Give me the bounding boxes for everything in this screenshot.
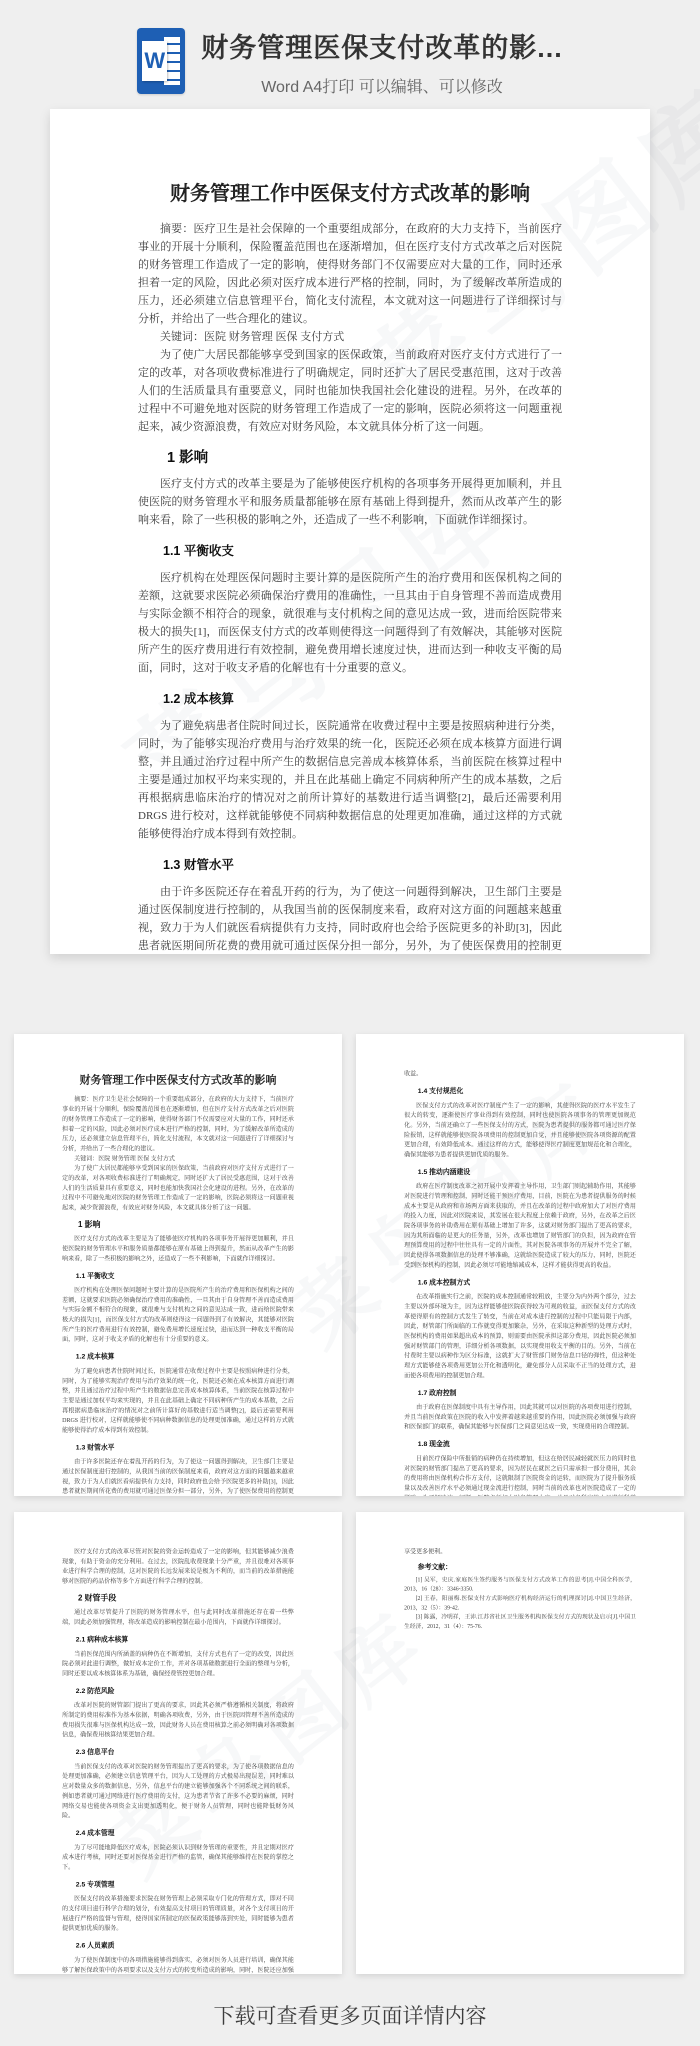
doc-block-p: 医疗支付方式的改革主要是为了能够使医疗机构的各项事务开展得更加顺利，并且使医院的… [62,1234,294,1264]
doc-block-p: 由于政府在医保制度中具有主导作用，因此其就可以对医院的各项费用进行控制，并且当前… [404,1402,636,1432]
doc-block-h2: 1.5 推动内涵建设 [404,1166,636,1176]
doc-block-h2: 2.5 专项管理 [62,1879,294,1889]
doc-block-p: 摘要：医疗卫生是社会保障的一个重要组成部分，在政府的大力支持下，当前医疗事业的开… [62,1095,294,1154]
doc-block-p: 为了避免病患者住院时间过长，医院通常在收费过程中主要是按照病种进行分类，同时，为… [138,717,562,843]
doc-header: W 财务管理医保支付改革的影... Word A4打印 可以编辑、可以修改 [0,0,700,106]
doc-block-h2: 2.3 信息平台 [62,1747,294,1757]
doc-block-p: 目前医疗保险中所报销的病种仍在持续增加，但这在给居民减轻就医压力的同时也对医院的… [404,1454,636,1496]
doc-block-title: 财务管理工作中医保支付方式改革的影响 [62,1071,294,1087]
page-canvas: W 财务管理医保支付改革的影... Word A4打印 可以编辑、可以修改 财务… [0,0,700,2030]
document-page-1-thumb: 财务管理工作中医保支付方式改革的影响摘要：医疗卫生是社会保障的一个重要组成部分，… [14,1034,342,1496]
doc-block-p: 为了使医保制度中的各项措施能够得到落实，必须对医务人员进行培训，确保其能够了解医… [62,1955,294,1974]
doc-block-h2: 1.8 现金流 [404,1439,636,1449]
doc-title: 财务管理医保支付改革的影... [201,26,563,65]
doc-block-p: 当前医保支付的改革对医院的财务管理提出了更高的要求，为了使各项数据信息的处理更加… [62,1762,294,1821]
doc-block-h2: 1.3 财管水平 [62,1442,294,1452]
doc-block-h2: 2.1 病种成本核算 [62,1634,294,1644]
doc-block-p: 医疗支付方式的改革主要是为了能够使医疗机构的各项事务开展得更加顺利，并且使医院的… [138,475,562,529]
page-thumbnail-4: 享受更多便利。参考文献：[1] 吴军，史庆.家庭医生签约服务与医保支付方式改革工… [356,1512,684,1974]
doc-block-p: 医保支付的改革措施要求医院在财务管理上必须采取专门化的管理方式，即对不同的支付项… [62,1894,294,1933]
page-thumbnail-3: 医疗支付方式的改革尽管对医院的资金运转造成了一定的影响，但其能够减少浪费现象，有… [14,1512,342,1974]
download-hint: 下载可查看更多页面详情内容 [0,2000,700,2030]
doc-block-p: 为了避免病患者住院时间过长，医院通常在收费过程中主要是按照病种进行分类，同时，为… [62,1366,294,1435]
doc-block-h2: 1.1 平衡收支 [62,1270,294,1280]
doc-block-pc: 收益。 [404,1069,636,1079]
doc-block-h2: 2.2 防范风险 [62,1685,294,1695]
doc-block-p: 通过改革尽管提升了医院的财务管理水平，但与此同时改革措施还存在着一些弊端，因此必… [62,1608,294,1628]
document-page-4-thumb: 享受更多便利。参考文献：[1] 吴军，史庆.家庭医生签约服务与医保支付方式改革工… [356,1512,684,1974]
word-icon-panel: W [142,41,167,81]
doc-block-h2: 1.2 成本核算 [62,1351,294,1361]
word-icon-letter: W [144,48,165,74]
doc-block-h1: 2 财管手段 [62,1592,294,1603]
page-preview-1: 财务管理工作中医保支付方式改革的影响摘要：医疗卫生是社会保障的一个重要组成部分，… [50,109,650,954]
doc-block-p: 摘要：医疗卫生是社会保障的一个重要组成部分，在政府的大力支持下，当前医疗事业的开… [138,220,562,328]
word-icon: W [137,28,185,94]
doc-block-refh: 参考文献： [404,1561,636,1571]
doc-block-p: 当前医保范围内所涵盖的病种仍在不断增加，支付方式也有了一定的改变，因此医院必须对… [62,1649,294,1679]
doc-block-p: 由于许多医院还存在着乱开药的行为，为了使这一问题得到解决，卫生部门主要是通过医保… [138,883,562,954]
doc-block-h2: 1.4 支付规范化 [404,1085,636,1095]
doc-block-pc: 享受更多便利。 [404,1547,636,1557]
doc-block-p: 为了使广大居民都能够享受到国家的医保政策，当前政府对医疗支付方式进行了一定的改革… [62,1164,294,1213]
doc-block-p: 医保支付方式的改革对医疗制度产生了一定的影响，其使得医院的医疗水平发生了很大的转… [404,1101,636,1160]
doc-block-p: 由于许多医院还存在着乱开药的行为，为了使这一问题得到解决，卫生部门主要是通过医保… [62,1457,294,1496]
doc-block-h2: 1.6 成本控制方式 [404,1277,636,1287]
document-page-3-thumb: 医疗支付方式的改革尽管对医院的资金运转造成了一定的影响，但其能够减少浪费现象，有… [14,1512,342,1974]
doc-block-p: 改革对医院的财管部门提出了更高的要求，因此其必须严格遵循相关制度，将政府所制定的… [62,1701,294,1740]
doc-block-ref: [1] 吴军，史庆.家庭医生签约服务与医保支付方式改革工作的思考[J].中国全科… [404,1575,636,1594]
doc-block-ref: [2] 王春，阳丽梅.医保支付方式影响医疗机构经济运行的机理探讨[J].中国卫生… [404,1594,636,1613]
thumbnail-grid: 财务管理工作中医保支付方式改革的影响摘要：医疗卫生是社会保障的一个重要组成部分，… [14,1034,686,1974]
doc-block-h1: 1 影响 [138,446,562,467]
doc-block-kw: 关键词：医院 财务管理 医保 支付方式 [138,328,562,346]
document-page-1: 财务管理工作中医保支付方式改革的影响摘要：医疗卫生是社会保障的一个重要组成部分，… [50,109,650,954]
doc-block-ref: [3] 陈露，冷明祥，王沛.江苏省社区卫生服务机构医保支付方式的现状及启示[J]… [404,1613,636,1632]
doc-block-h2: 2.6 人员素质 [62,1940,294,1950]
doc-block-p: 政府在医疗制度改革之初开展中发挥着主导作用，卫生部门则起辅助作用，其能够对医院进… [404,1182,636,1271]
doc-block-h2: 1.2 成本核算 [138,689,562,707]
doc-block-p: 为了使广大居民都能够享受到国家的医保政策，当前政府对医疗支付方式进行了一定的改革… [138,346,562,436]
doc-subtitle: Word A4打印 可以编辑、可以修改 [201,74,563,97]
doc-block-kw: 关键词：医院 财务管理 医保 支付方式 [62,1154,294,1164]
page-thumbnail-2: 收益。1.4 支付规范化医保支付方式的改革对医疗制度产生了一定的影响，其使得医院… [356,1034,684,1496]
doc-block-p: 医疗支付方式的改革尽管对医院的资金运转造成了一定的影响，但其能够减少浪费现象，有… [62,1547,294,1586]
doc-block-p: 为了尽可能地降低医疗成本，医院必须认识到财务管理的重要性，并且定期对医疗成本进行… [62,1843,294,1873]
doc-block-p: 医疗机构在处理医保问题时主要计算的是医院所产生的治疗费用和医保机构之间的差额，这… [62,1285,294,1344]
doc-block-h2: 1.7 政府控制 [404,1387,636,1397]
page-thumbnail-1: 财务管理工作中医保支付方式改革的影响摘要：医疗卫生是社会保障的一个重要组成部分，… [14,1034,342,1496]
doc-block-p: 在改革措施实行之前，医院的成本控制通常较粗放，主要分为内外两个部分，过去主要以外… [404,1292,636,1381]
doc-block-h1: 1 影响 [62,1218,294,1229]
doc-block-title: 财务管理工作中医保支付方式改革的影响 [138,177,562,206]
doc-block-h2: 2.4 成本管理 [62,1827,294,1837]
document-page-2-thumb: 收益。1.4 支付规范化医保支付方式的改革对医疗制度产生了一定的影响，其使得医院… [356,1034,684,1496]
doc-block-p: 医疗机构在处理医保问题时主要计算的是医院所产生的治疗费用和医保机构之间的差额，这… [138,569,562,677]
doc-block-h2: 1.1 平衡收支 [138,541,562,559]
doc-block-h2: 1.3 财管水平 [138,855,562,873]
